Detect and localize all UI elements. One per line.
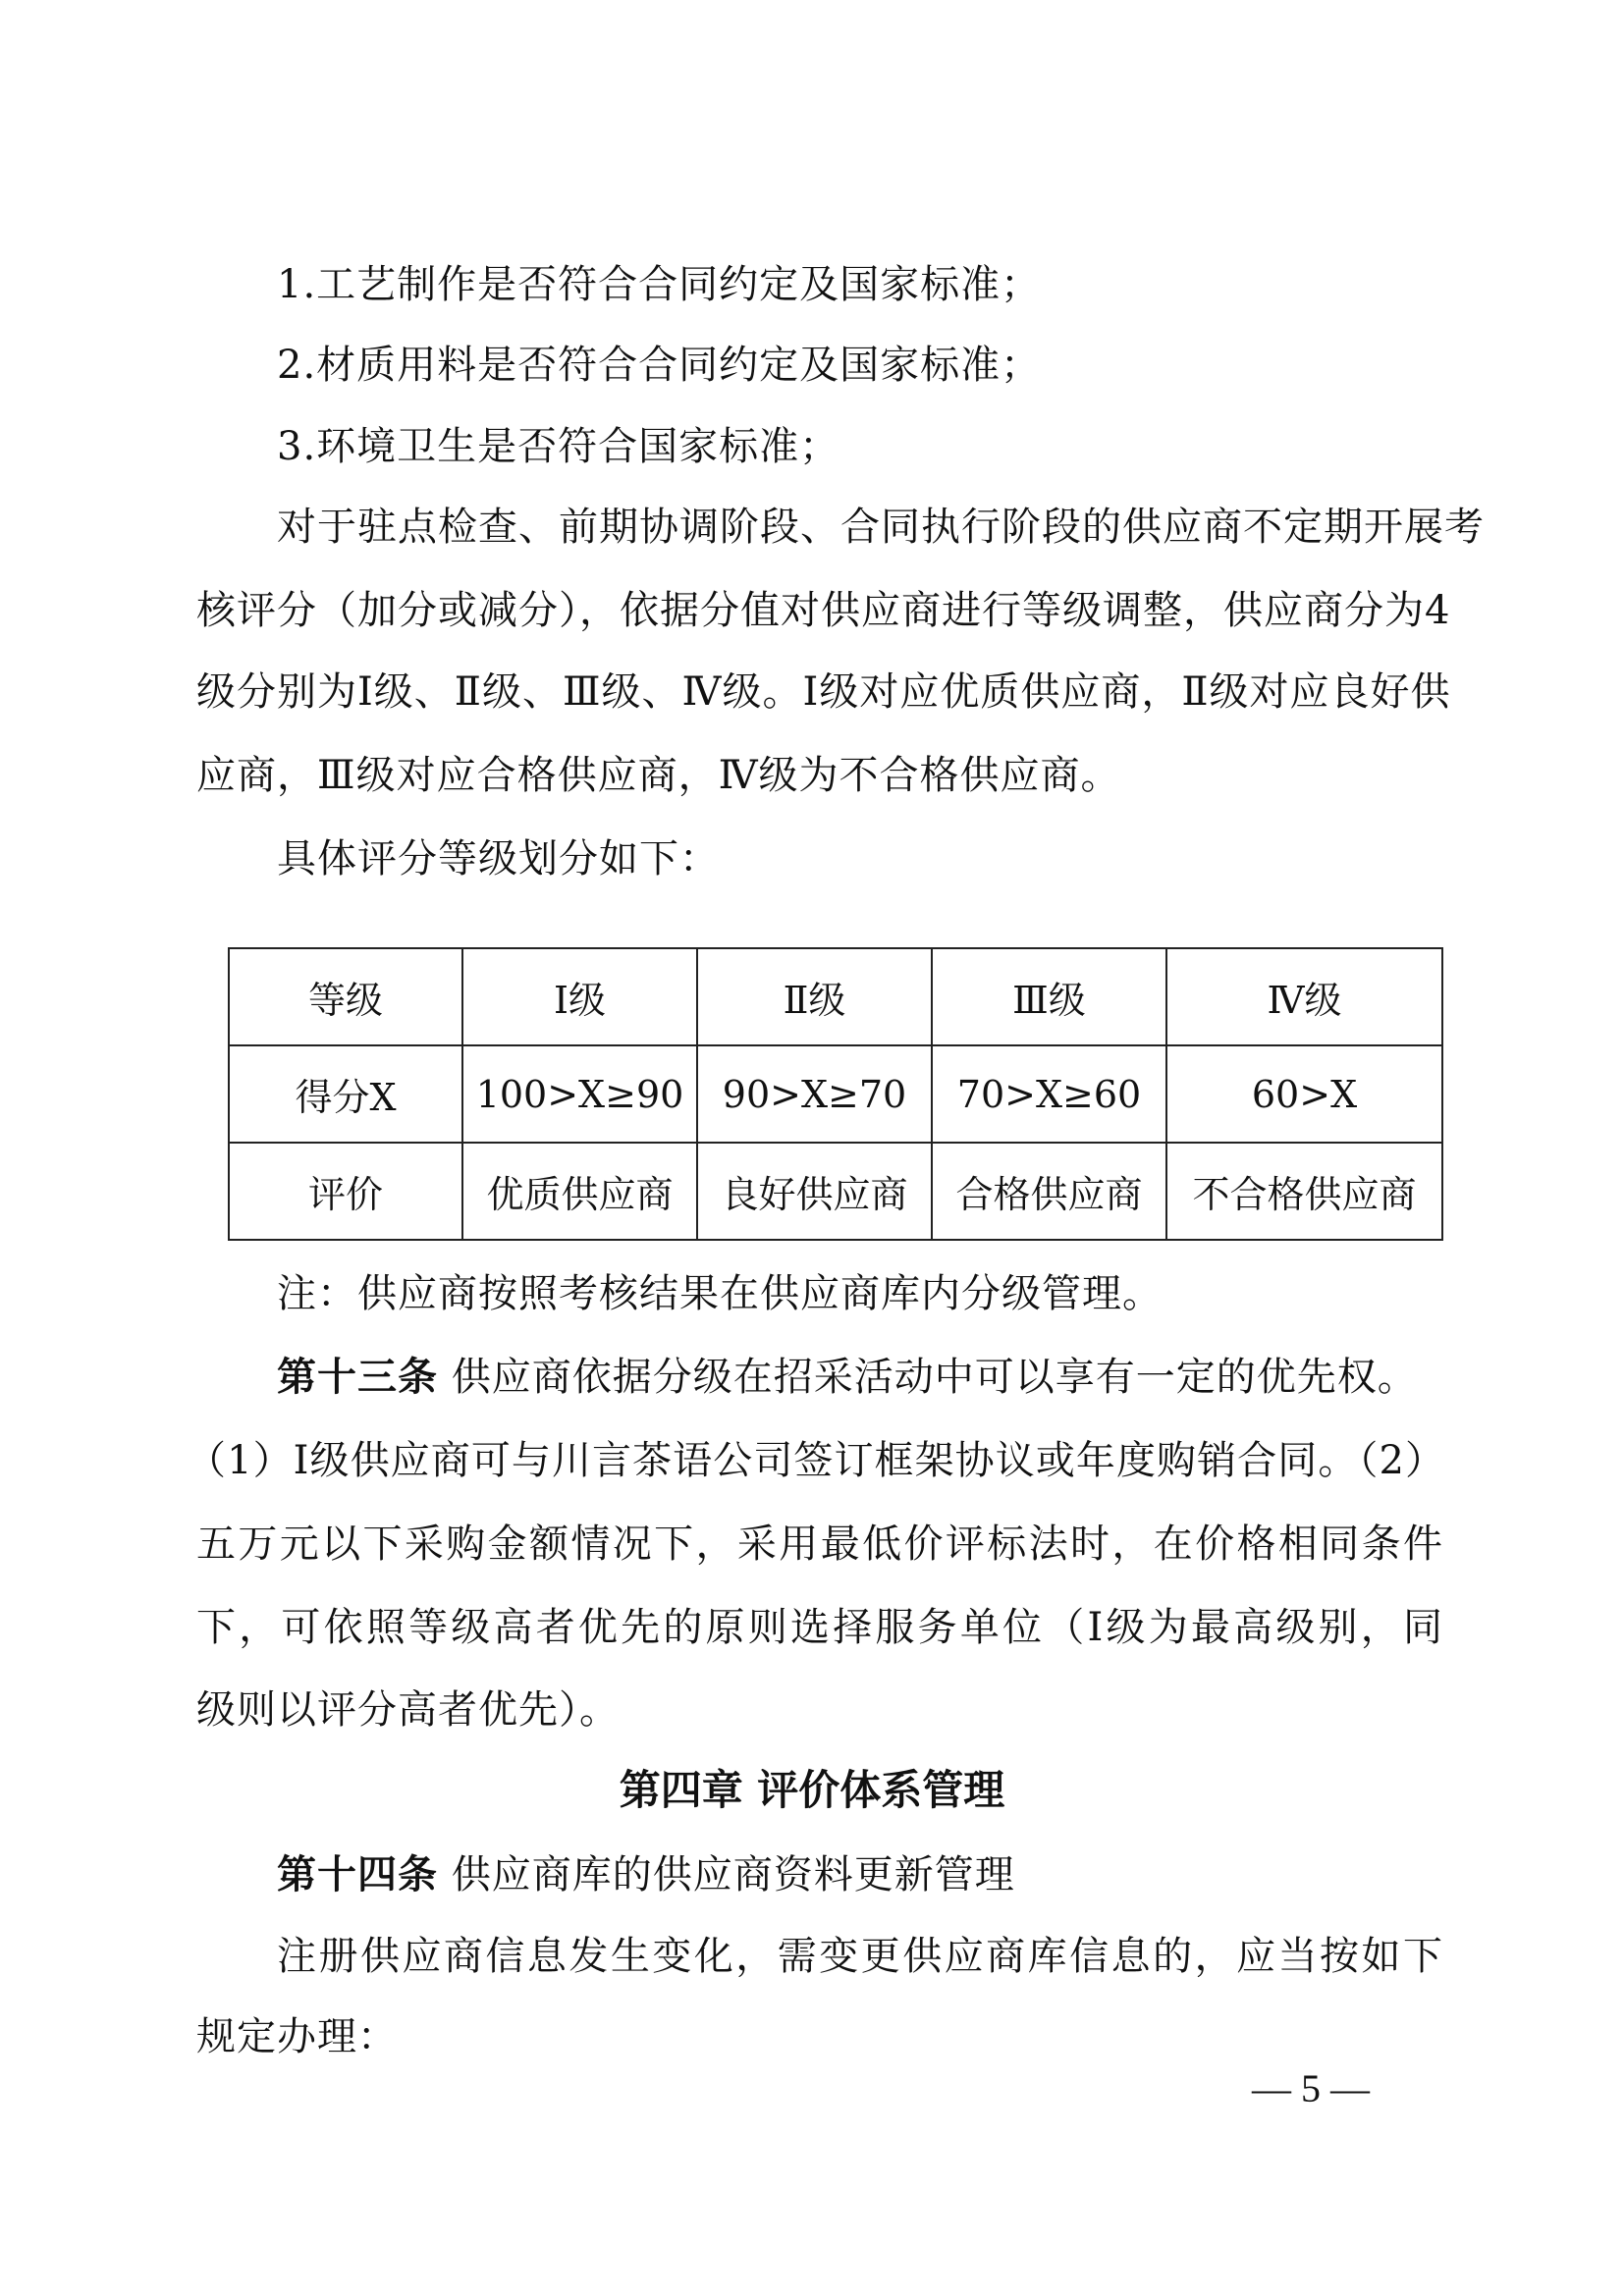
table-cell: 优质供应商 [462,1143,697,1240]
table-cell: 良好供应商 [697,1143,932,1240]
table-cell: Ⅱ级 [697,948,932,1045]
list-item: 3.环境卫生是否符合国家标准； [277,423,1445,470]
article-heading: 第十三条 [277,1355,438,1400]
table-cell: Ⅲ级 [932,948,1166,1045]
table-intro: 具体评分等级划分如下： [277,835,1445,882]
paragraph-line: 规定办理： [196,2013,1443,2060]
table-row: 评价 优质供应商 良好供应商 合格供应商 不合格供应商 [229,1143,1442,1240]
table-note: 注：供应商按照考核结果在供应商库内分级管理。 [277,1270,1445,1317]
grade-table: 等级 Ⅰ级 Ⅱ级 Ⅲ级 Ⅳ级 得分X 100>X≥90 90>X≥70 70>X… [228,947,1443,1241]
table-cell: 100>X≥90 [462,1045,697,1143]
paragraph-line: 核评分（加分或减分），依据分值对供应商进行等级调整，供应商分为4 [196,587,1443,634]
article-13: 第十三条 供应商依据分级在招采活动中可以享有一定的优先权。 [277,1354,1445,1401]
article-heading: 第十四条 [277,1852,438,1897]
paragraph-line: （1）Ⅰ级供应商可与川言茶语公司签订框架协议或年度购销合同。（2） [187,1437,1445,1484]
table-cell: 等级 [229,948,462,1045]
paragraph-line: 对于驻点检查、前期协调阶段、合同执行阶段的供应商不定期开展考 [277,504,1443,551]
chapter-title: 第四章 评价体系管理 [0,1766,1624,1815]
paragraph-line: 级则以评分高者优先）。 [196,1686,1443,1734]
table-cell: Ⅰ级 [462,948,697,1045]
paragraph-line: 级分别为Ⅰ级、Ⅱ级、Ⅲ级、Ⅳ级。Ⅰ级对应优质供应商，Ⅱ级对应良好供 [196,668,1443,716]
paragraph-line: 五万元以下采购金额情况下，采用最低价评标法时，在价格相同条件 [196,1521,1443,1568]
table-row: 等级 Ⅰ级 Ⅱ级 Ⅲ级 Ⅳ级 [229,948,1442,1045]
table-cell: 70>X≥60 [932,1045,1166,1143]
table-cell: 得分X [229,1045,462,1143]
table-cell: 60>X [1166,1045,1442,1143]
article-text: 供应商依据分级在招采活动中可以享有一定的优先权。 [452,1355,1418,1400]
table-row: 得分X 100>X≥90 90>X≥70 70>X≥60 60>X [229,1045,1442,1143]
table-cell: 评价 [229,1143,462,1240]
page-number: — 5 — [1252,2065,1370,2112]
table-cell: 合格供应商 [932,1143,1166,1240]
table-cell: 不合格供应商 [1166,1143,1442,1240]
table-cell: Ⅳ级 [1166,948,1442,1045]
table-cell: 90>X≥70 [697,1045,932,1143]
article-title: 供应商库的供应商资料更新管理 [452,1852,1015,1897]
article-14: 第十四条 供应商库的供应商资料更新管理 [277,1851,1445,1898]
list-item: 1.工艺制作是否符合合同约定及国家标准； [277,261,1445,308]
list-item: 2.材质用料是否符合合同约定及国家标准； [277,342,1445,389]
paragraph-line: 注册供应商信息发生变化，需变更供应商库信息的，应当按如下 [277,1933,1443,1980]
paragraph-line: 应商，Ⅲ级对应合格供应商，Ⅳ级为不合格供应商。 [196,752,1443,799]
paragraph-line: 下，可依照等级高者优先的原则选择服务单位（Ⅰ级为最高级别，同 [196,1604,1443,1651]
